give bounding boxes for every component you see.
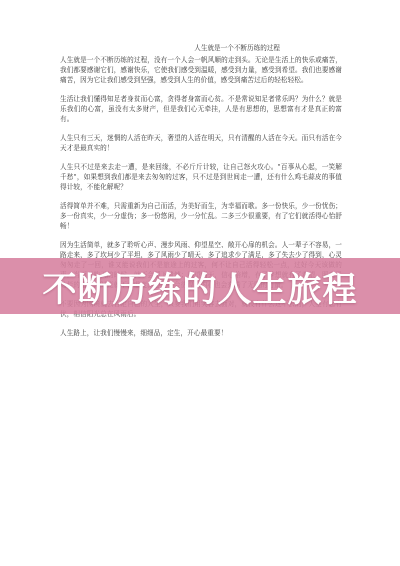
- paragraph: 生活让我们懂得知足者身贫而心富，贪得者身富而心贫。不是常说知足者常乐吗？为什么？…: [60, 94, 342, 124]
- title-banner: 不断历练的人生旅程: [0, 258, 400, 314]
- paragraph: 人生路上，让我们慢慢来，细细品，定生，开心最重要！: [60, 328, 342, 338]
- paragraph: 人生只有三天，迷惘的人活在昨天，奢望的人活在明天，只有清醒的人活在今天。而只有活…: [60, 133, 342, 153]
- document-title: 人生就是一个不断历练的过程: [60, 44, 342, 53]
- banner-title: 不断历练的人生旅程: [43, 262, 358, 311]
- paragraph: 人生就是一个不断历练的过程，没有一个人会一帆风顺的走到头。无论是生活上的快乐或痛…: [60, 55, 342, 85]
- paragraph: 人生只不过是来去走一遭，是来回缘，不必斤斤计较，让自己怒火攻心。"百事从心起，一…: [60, 162, 342, 192]
- paragraph: 活得简单并不难，只需重新为自己而活，为美好而生，为幸福而歌。多一份快乐，少一份忧…: [60, 201, 342, 231]
